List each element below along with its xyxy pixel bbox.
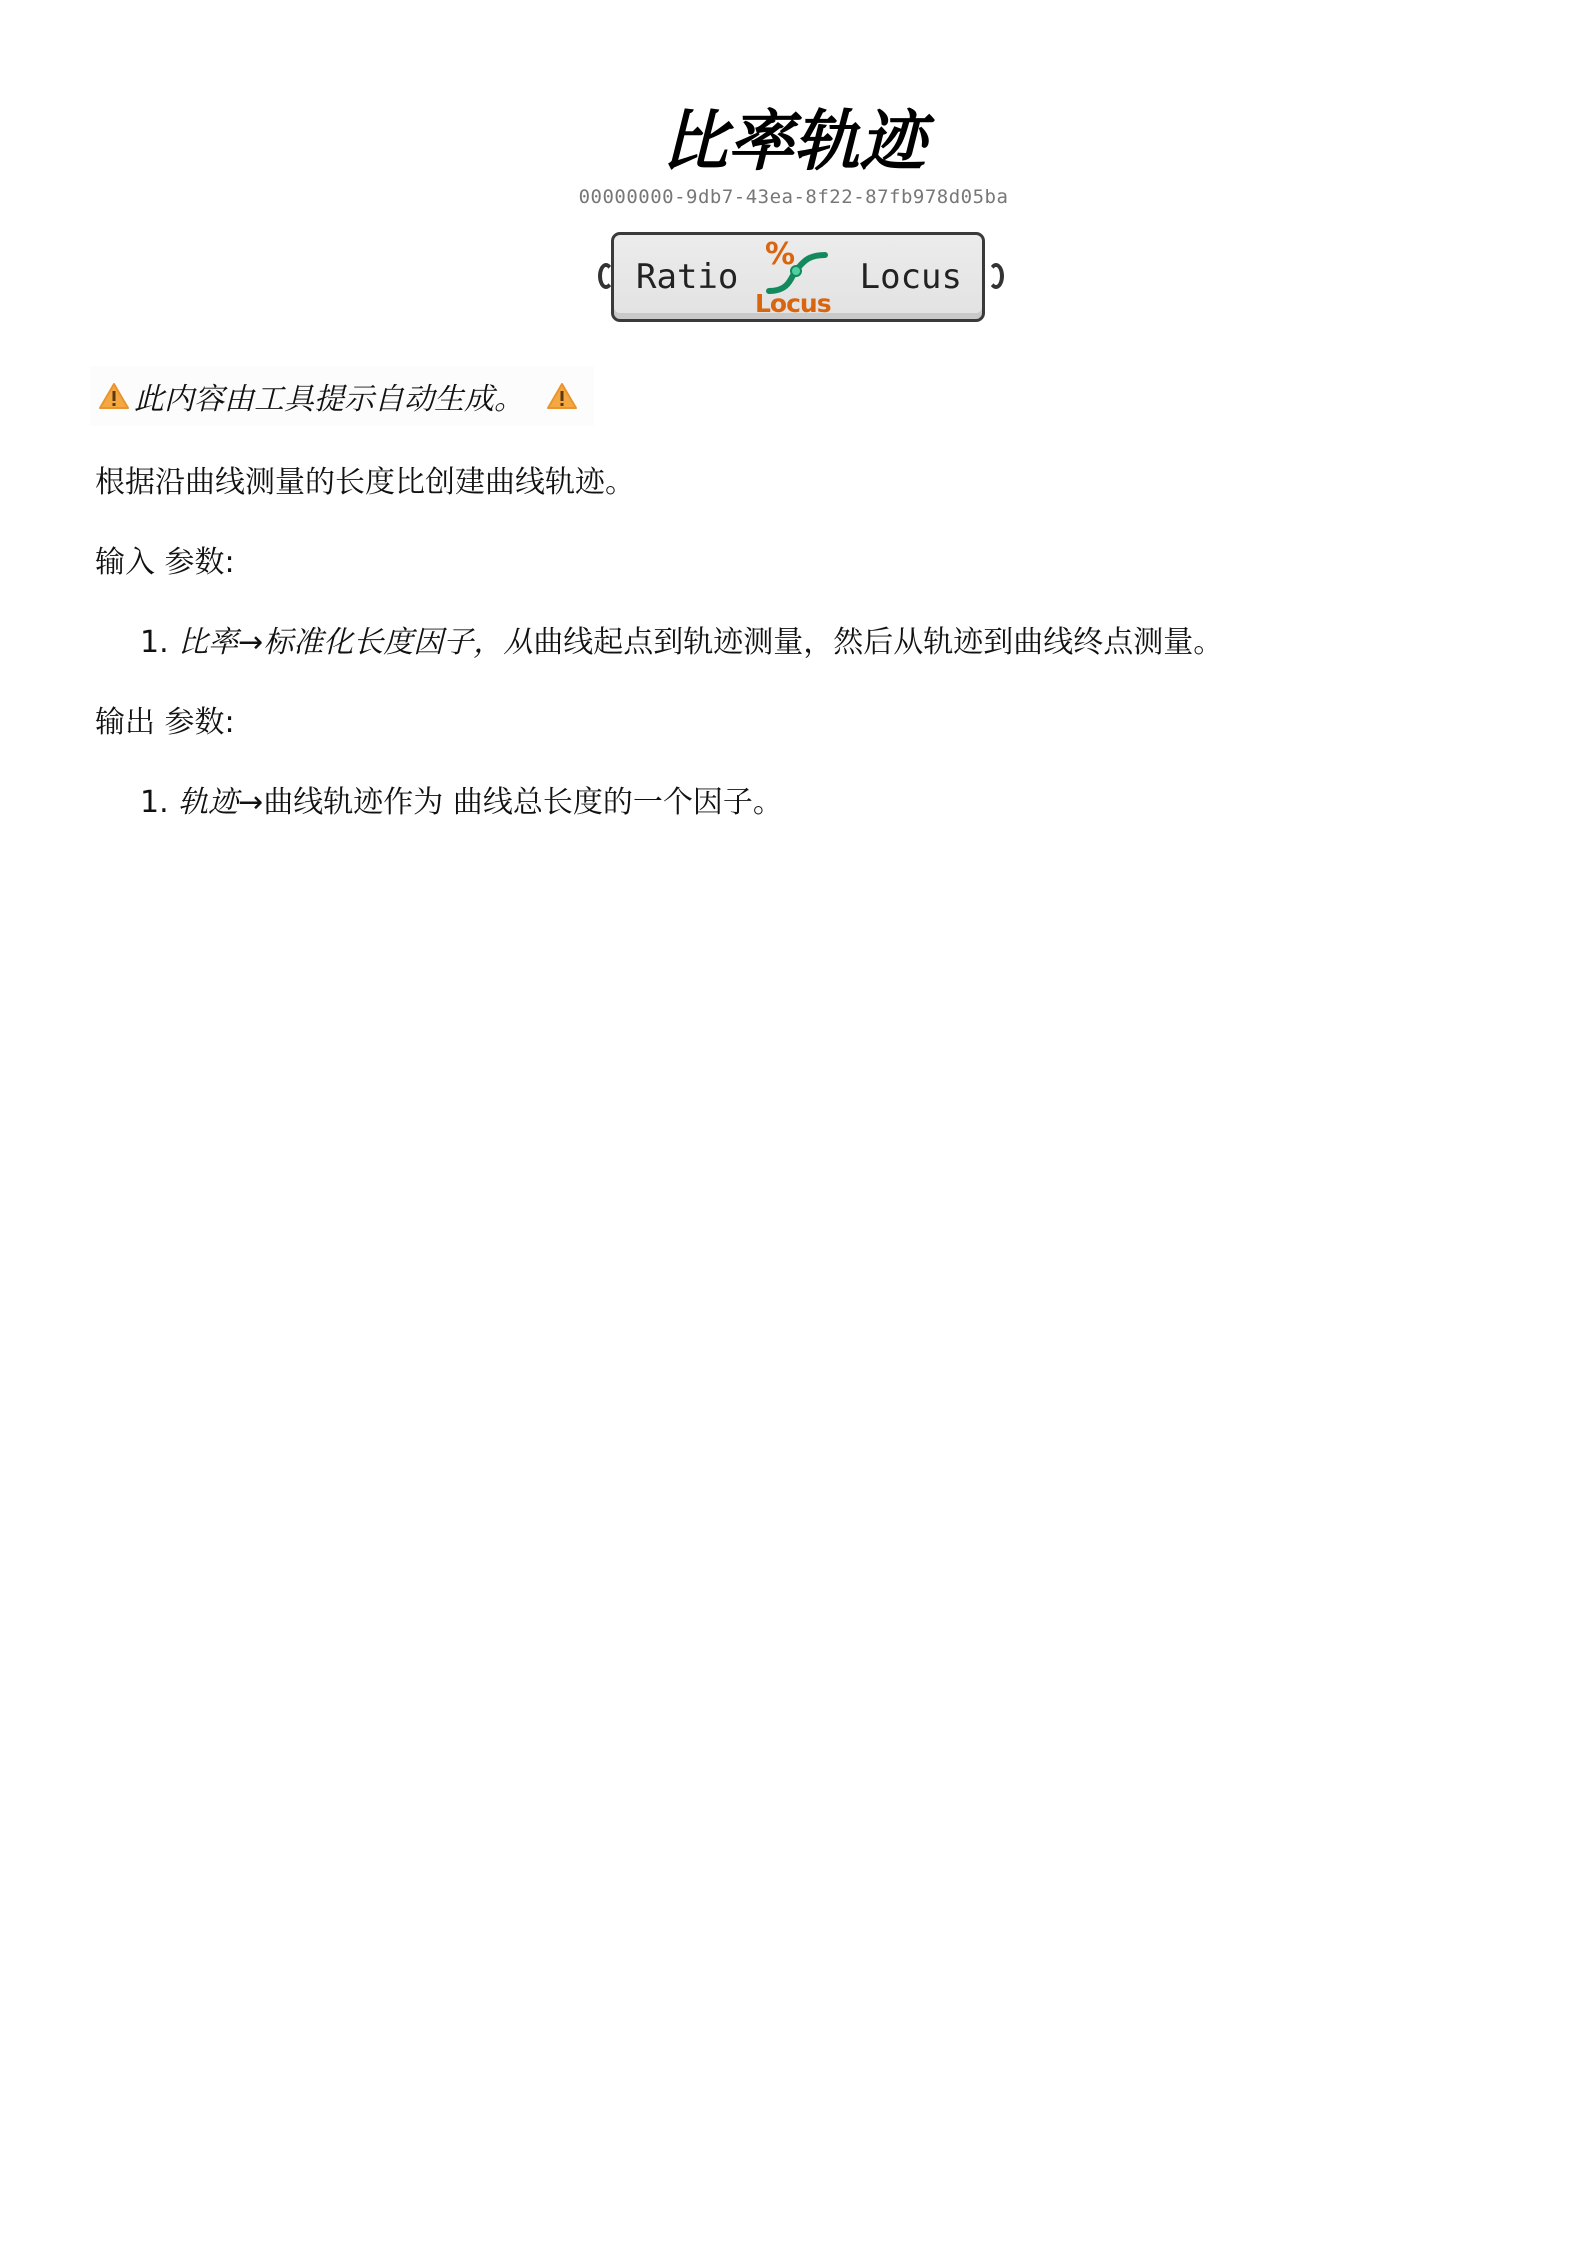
inputs-heading: 输入 参数: [95,543,235,583]
warning-icon [546,381,578,411]
warning-icon [98,381,130,411]
ratio-locus-icon: % Locus [757,239,837,317]
arrow: → [238,625,263,660]
arrow: → [238,785,263,820]
auto-generated-notice: 此内容由工具提示自动生成。 [90,366,594,426]
notice-text: 此内容由工具提示自动生成。 [134,374,524,418]
description: 根据沿曲线测量的长度比创建曲线轨迹。 [95,463,635,503]
param-desc-italic: 标准化长度因子，从 [263,625,533,660]
component-guid: 00000000-9db7-43ea-8f22-87fb978d05ba [0,186,1587,208]
icon-caption: Locus [755,289,831,318]
input-item: 1. 比率→标准化长度因子，从曲线起点到轨迹测量，然后从轨迹到曲线终点测量。 [140,623,1223,663]
param-desc: 曲线轨迹作为 曲线总长度的一个因子。 [263,785,783,820]
output-grip[interactable] [988,263,1004,289]
param-name: 轨迹 [178,785,238,820]
outputs-heading: 输出 参数: [95,703,235,743]
input-param-label: Ratio [636,257,738,297]
output-item: 1. 轨迹→曲线轨迹作为 曲线总长度的一个因子。 [140,783,783,823]
component-node[interactable]: Ratio % Locus Locus [611,232,985,322]
item-number: 1. [140,625,169,660]
page-title: 比率轨迹 [0,100,1587,184]
item-number: 1. [140,785,169,820]
param-desc: 曲线起点到轨迹测量，然后从轨迹到曲线终点测量。 [533,625,1223,660]
output-param-label: Locus [860,257,962,297]
param-name: 比率 [178,625,238,660]
